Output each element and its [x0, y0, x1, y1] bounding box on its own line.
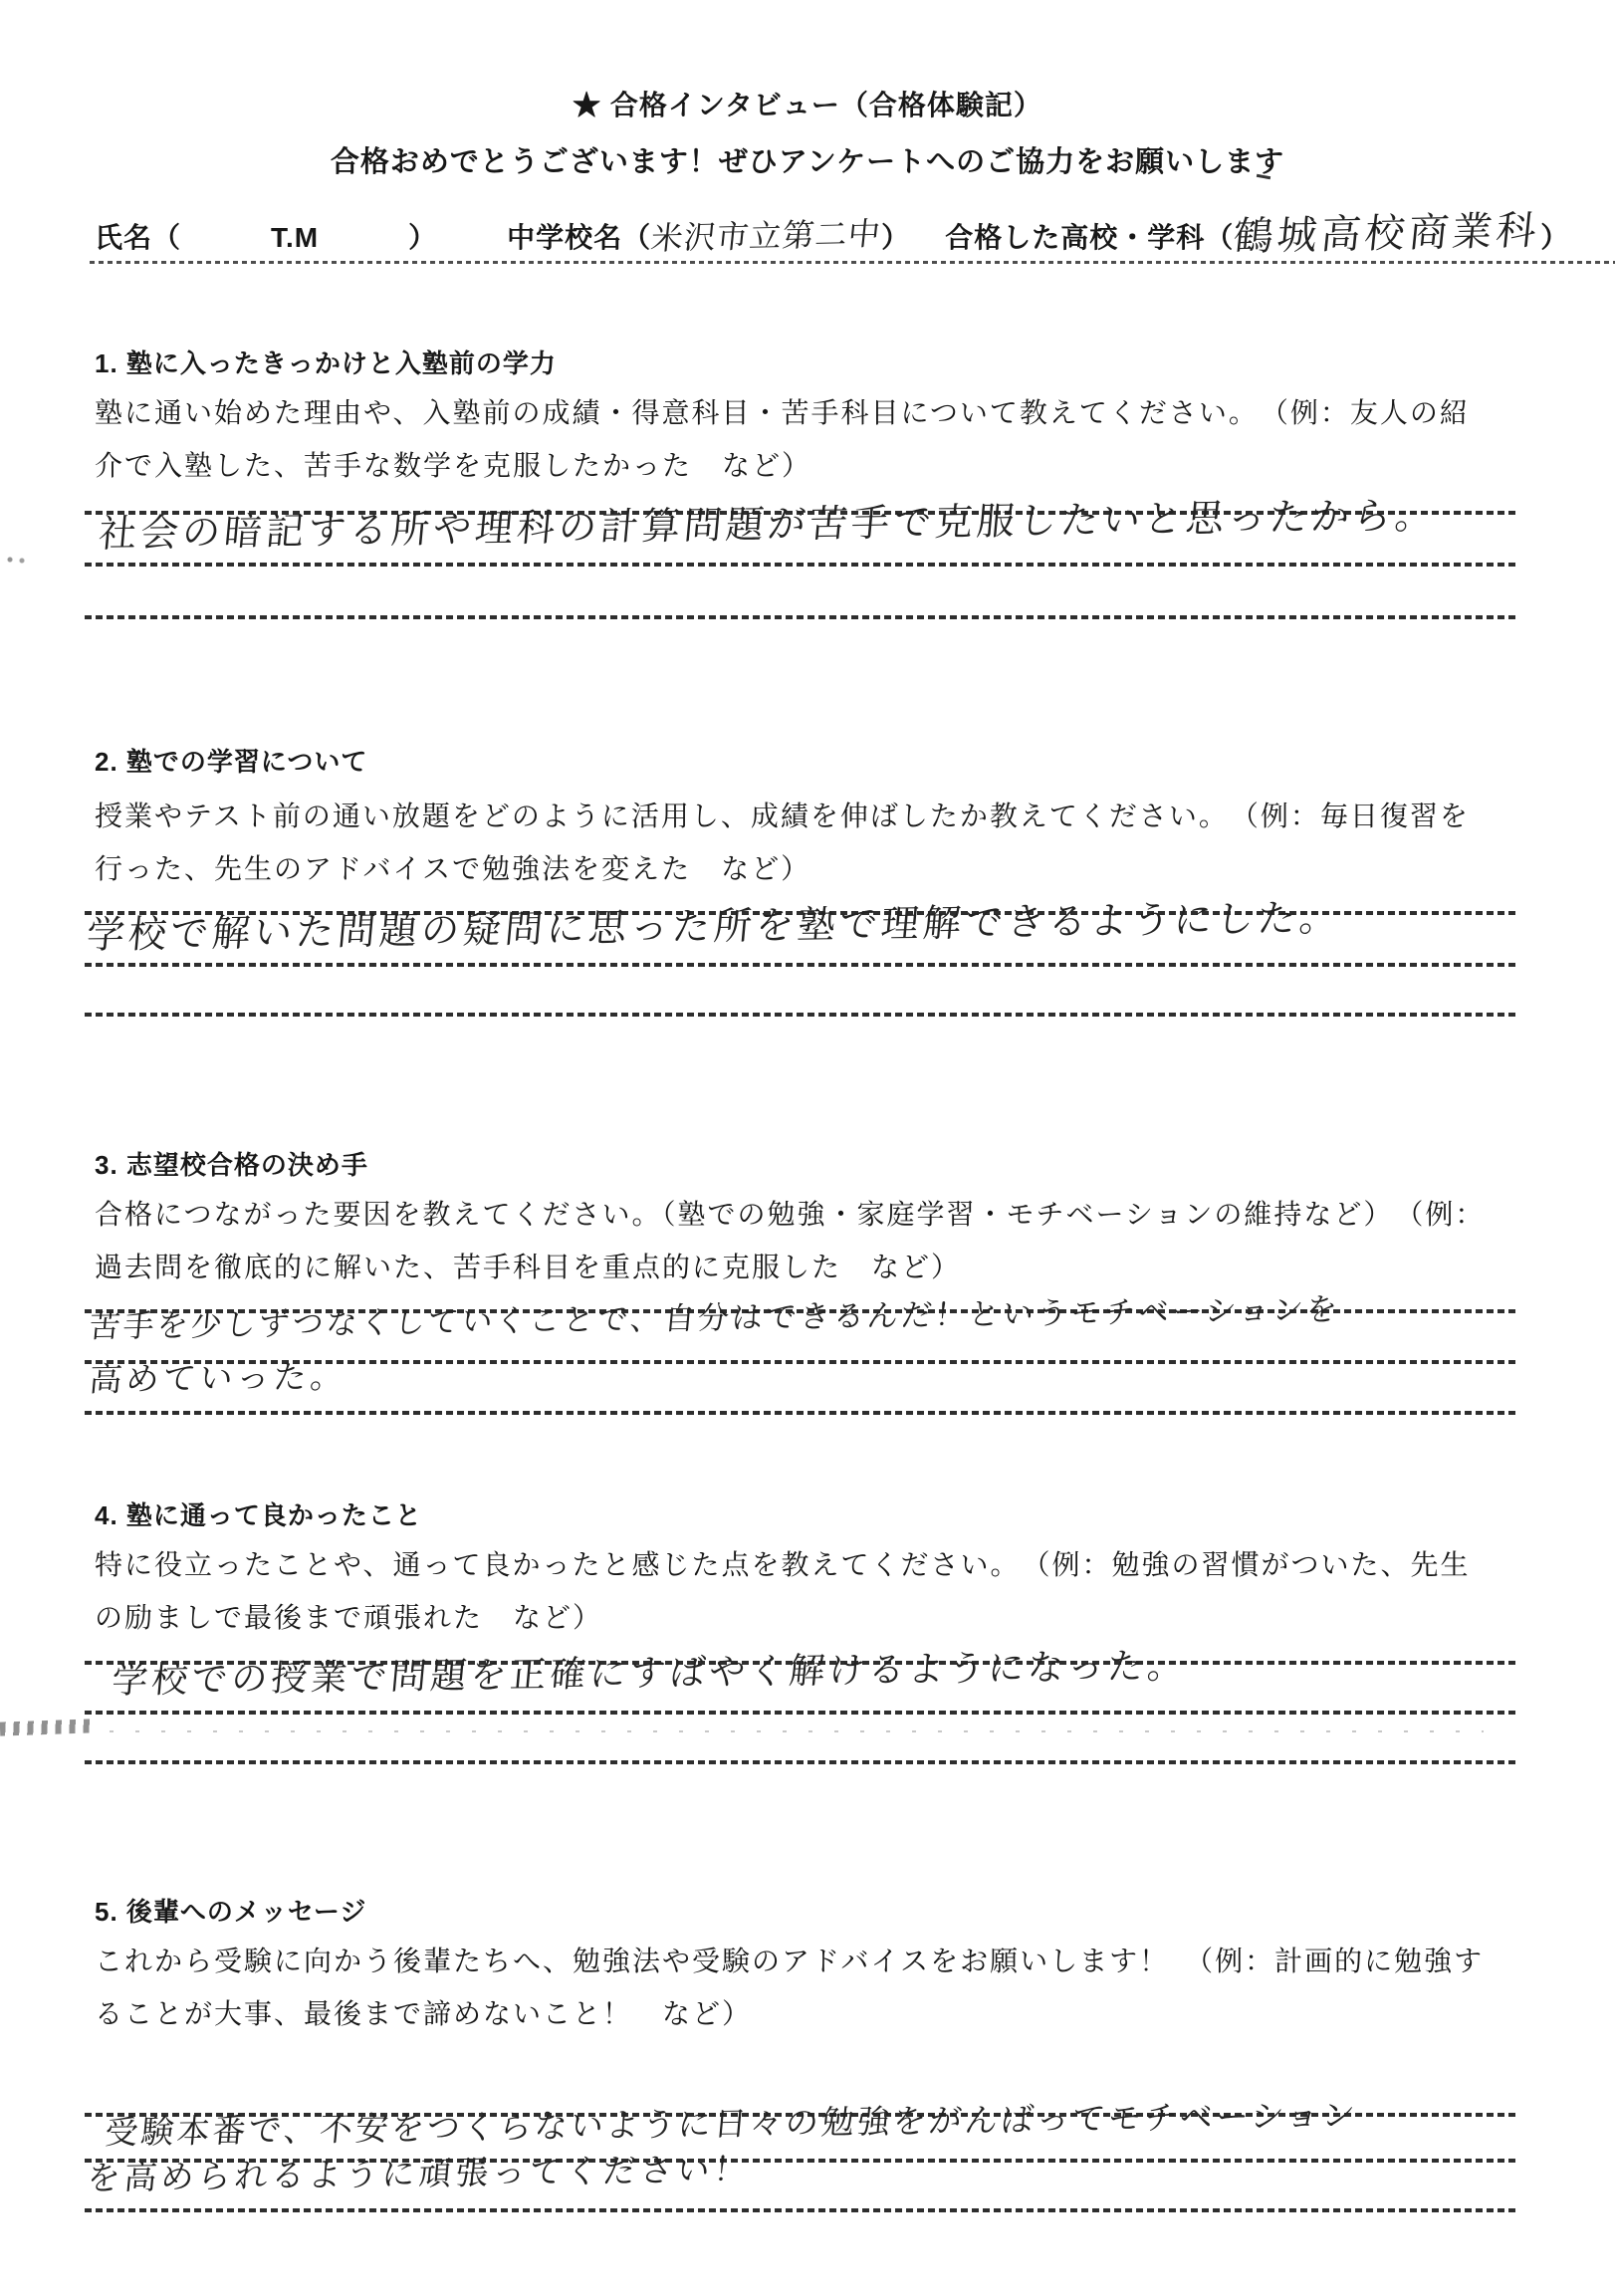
section-1-description-line-1: 塾に通い始めた理由や、入塾前の成績・得意科目・苦手科目について教えてください。 …: [95, 391, 1470, 431]
answer-dashed-rule: [85, 1711, 1518, 1715]
header-dashed-rule: [90, 261, 1615, 264]
school-field-close-paren: ）: [881, 222, 910, 253]
answer-dashed-rule: [85, 563, 1518, 567]
section-5-handwritten-answer-line-2: を高められるように頑張ってください！: [86, 2144, 753, 2199]
section-2-description-line-1: 授業やテスト前の通い放題をどのように活用し、成績を伸ばしたか教えてください。 （…: [95, 795, 1470, 834]
name-field-close-paren: ）: [408, 222, 437, 253]
section-2-heading: 2. 塾での学習について: [95, 742, 367, 779]
answer-dashed-rule: [85, 1411, 1518, 1415]
scan-noise-line: [110, 1730, 1484, 1732]
page-subtitle: 合格おめでとうございます！ぜひアンケートへのご協力をお願いします: [0, 139, 1615, 180]
header-field-row: 氏名（T.M）中学校名（米沢市立第二中）合格した高校・学科（鶴城高校商業科）: [95, 202, 1569, 259]
section-1-description-line-2: 介で入塾した、苦手な数学を克服したかった など）: [95, 444, 811, 484]
section-4-description-line-1: 特に役立ったことや、通って良かったと感じた点を教えてください。 （例：勉強の習慣…: [95, 1543, 1470, 1583]
passed-school-field-close-paren: ）: [1540, 222, 1569, 253]
answer-dashed-rule: [85, 615, 1518, 619]
answer-dashed-rule: [85, 2208, 1518, 2212]
answer-dashed-rule: [85, 1013, 1518, 1017]
section-5-heading: 5. 後輩へのメッセージ: [95, 1892, 366, 1929]
section-3-heading: 3. 志望校合格の決め手: [95, 1145, 368, 1182]
section-4-heading: 4. 塾に通って良かったこと: [95, 1495, 422, 1532]
section-3-handwritten-answer-line-1: 苦手を少しずつなくしていくことで、自分はできるんだ！というモチベーションを: [88, 1283, 1342, 1346]
section-3-handwritten-answer-line-2: 高めていった。: [88, 1350, 349, 1401]
section-4-description-line-2: の励ましで最後まで頑張れた など）: [95, 1596, 602, 1636]
section-1-handwritten-answer: 社会の暗記する所や理科の計算問題が苦手で克服したいと思ったから。: [97, 484, 1440, 558]
page-title: ★ 合格インタビュー（合格体験記）: [0, 84, 1615, 123]
school-field-handwritten-value: 米沢市立第二中: [649, 209, 884, 260]
passed-school-field-handwritten-value: 鶴城高校商業科: [1231, 199, 1543, 263]
section-3-description-line-2: 過去問を徹底的に解いた、苦手科目を重点的に克服した など）: [95, 1246, 961, 1285]
section-2-handwritten-answer: 学校で解いた問題の疑問に思った所を塾で理解できるようにした。: [85, 886, 1344, 959]
passed-school-field-label: 合格した高校・学科（: [945, 222, 1234, 253]
section-4-handwritten-answer: 学校での授業で問題を正確にすばやく解けるようになった。: [110, 1638, 1190, 1704]
section-5-description-line-2: ることが大事、最後まで諦めないこと！ など）: [95, 1992, 752, 2032]
school-field-label: 中学校名（: [507, 222, 651, 253]
answer-dashed-rule: [85, 963, 1518, 967]
section-5-description-line-1: これから受験に向かう後輩たちへ、勉強法や受験のアドバイスをお願いします！ （例：…: [95, 1940, 1484, 1979]
scan-dot-artifact: [6, 556, 28, 564]
section-2-description-line-2: 行った、先生のアドバイスで勉強法を変えた など）: [95, 847, 810, 887]
scanned-questionnaire-page: ★ 合格インタビュー（合格体験記） 合格おめでとうございます！ぜひアンケートへの…: [0, 0, 1615, 2296]
section-3-description-line-1: 合格につながった要因を教えてください。（塾での勉強・家庭学習・モチベーションの維…: [95, 1193, 1485, 1233]
answer-dashed-rule: [85, 1760, 1518, 1764]
scan-smudge-artifact: [0, 1719, 92, 1735]
name-field-label: 氏名（: [95, 222, 181, 253]
name-field-value: T.M: [271, 222, 319, 253]
section-1-heading: 1. 塾に入ったきっかけと入塾前の学力: [95, 344, 557, 380]
